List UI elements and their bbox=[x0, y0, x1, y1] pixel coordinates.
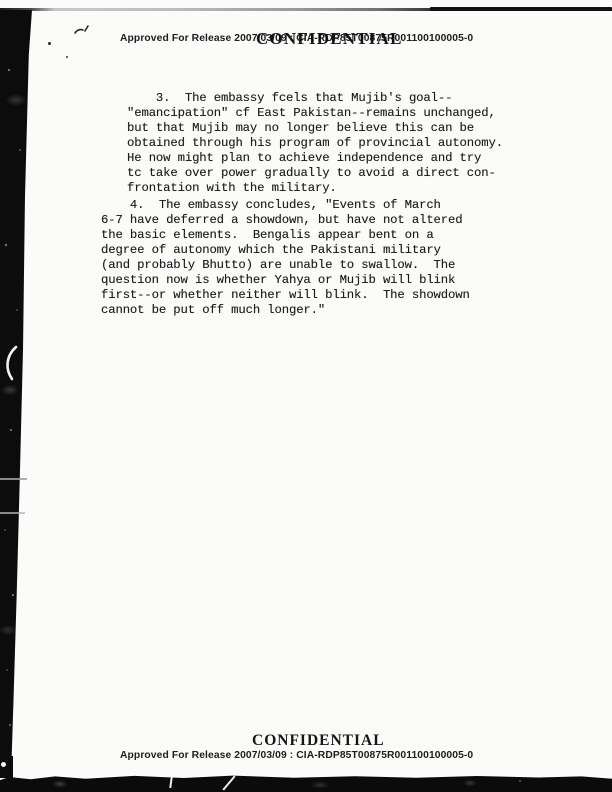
paragraph-3: 3. The embassy fcels that Mujib's goal--… bbox=[127, 91, 503, 196]
scan-edge-left-band bbox=[0, 10, 32, 762]
footer-classification: CONFIDENTIAL bbox=[252, 732, 385, 750]
text-line: but that Mujib may no longer believe thi… bbox=[127, 121, 503, 136]
scan-edge-left-nub bbox=[0, 756, 13, 778]
text-line: He now might plan to achieve independenc… bbox=[127, 151, 503, 166]
text-line: 3. The embassy fcels that Mujib's goal-- bbox=[127, 91, 503, 106]
scan-white-dot bbox=[1, 762, 6, 767]
scan-edge-bottom-bar bbox=[0, 775, 612, 792]
text-line: degree of autonomy which the Pakistani m… bbox=[101, 243, 470, 258]
text-line: (and probably Bhutto) are unable to swal… bbox=[101, 258, 470, 273]
text-line: cannot be put off much longer." bbox=[101, 303, 470, 318]
text-line: first--or whether neither will blink. Th… bbox=[101, 288, 470, 303]
text-line: "emancipation" cf East Pakistan--remains… bbox=[127, 106, 503, 121]
scan-speck bbox=[48, 42, 51, 45]
text-line: 4. The embassy concludes, "Events of Mar… bbox=[101, 198, 470, 213]
handwritten-mark bbox=[72, 24, 92, 36]
text-line: obtained through his program of provinci… bbox=[127, 136, 503, 151]
scan-hook-mark bbox=[3, 344, 19, 382]
text-line: tc take over power gradually to avoid a … bbox=[127, 166, 503, 181]
header-confidential-stamp: CONFIDENTIAL bbox=[256, 29, 403, 49]
document-page: Approved For Release 2007/03/09 : CIA-RD… bbox=[0, 0, 612, 792]
scan-line-artifact bbox=[0, 478, 27, 480]
footer-approval-line: Approved For Release 2007/03/09 : CIA-RD… bbox=[120, 750, 473, 761]
text-line: frontation with the military. bbox=[127, 181, 503, 196]
scan-line-artifact bbox=[0, 512, 25, 514]
scan-edge-top-line-right bbox=[430, 7, 612, 11]
scan-speck bbox=[66, 56, 68, 58]
text-line: 6-7 have deferred a showdown, but have n… bbox=[101, 213, 470, 228]
paragraph-4: 4. The embassy concludes, "Events of Mar… bbox=[101, 198, 470, 318]
text-line: question now is whether Yahya or Mujib w… bbox=[101, 273, 470, 288]
text-line: the basic elements. Bengalis appear bent… bbox=[101, 228, 470, 243]
